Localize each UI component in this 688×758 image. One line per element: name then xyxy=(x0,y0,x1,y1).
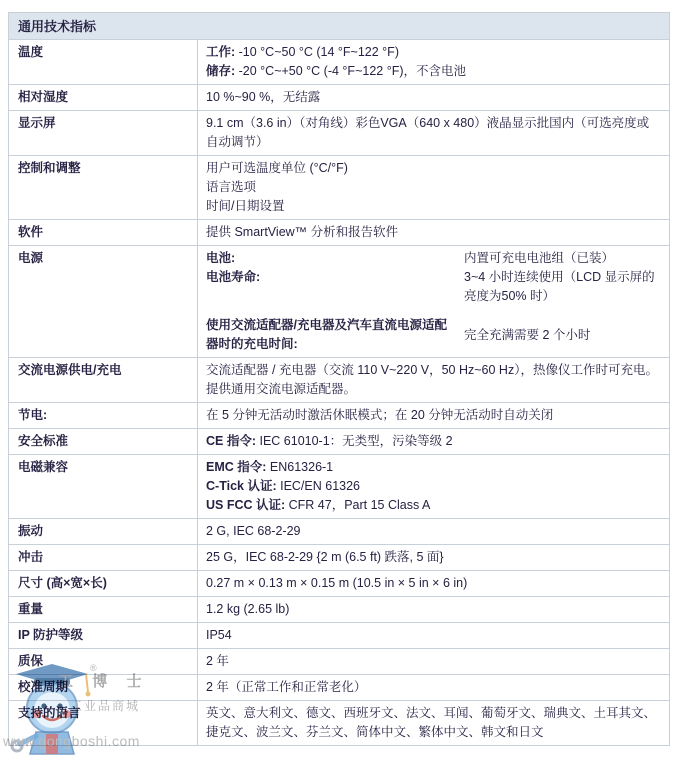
power-value: 内置可充电电池组（已装） xyxy=(464,249,659,268)
power-key: 电池寿命: xyxy=(206,268,456,306)
table-row-languages: 支持的语言 英文、意大利文、德文、西班牙文、法文、耳闻、葡萄牙文、瑞典文、土耳其… xyxy=(9,701,669,745)
row-value: 2 年 xyxy=(198,649,669,674)
table-row-power: 电源 电池: 内置可充电电池组（已装） 电池寿命: 3~4 小时连续使用（LCD… xyxy=(9,246,669,358)
row-label: 校准周期 xyxy=(9,675,198,700)
table-row-temperature: 温度 工作: -10 °C~50 °C (14 °F~122 °F) 储存: -… xyxy=(9,40,669,85)
table-row-emc: 电磁兼容 EMC 指令: EN61326-1 C-Tick 认证: IEC/EN… xyxy=(9,455,669,519)
table-row-dimensions: 尺寸 (高×宽×长) 0.27 m × 0.13 m × 0.15 m (10.… xyxy=(9,571,669,597)
row-value: 2 年（正常工作和正常老化） xyxy=(198,675,669,700)
row-label: 显示屏 xyxy=(9,111,198,155)
row-value: 英文、意大利文、德文、西班牙文、法文、耳闻、葡萄牙文、瑞典文、土耳其文、捷克文、… xyxy=(198,701,669,745)
row-value: 用户可选温度单位 (°C/°F) 语言选项 时间/日期设置 xyxy=(198,156,669,219)
row-label: 电磁兼容 xyxy=(9,455,198,518)
row-value: 9.1 cm（3.6 in）（对角线）彩色VGA（640 x 480）液晶显示批… xyxy=(198,111,669,155)
row-label: 软件 xyxy=(9,220,198,245)
table-title: 通用技术指标 xyxy=(18,19,96,34)
row-value: 交流适配器 / 充电器（交流 110 V~220 V，50 Hz~60 Hz），… xyxy=(198,358,669,402)
row-label: 控制和调整 xyxy=(9,156,198,219)
row-label: 相对湿度 xyxy=(9,85,198,110)
row-label: 温度 xyxy=(9,40,198,84)
row-label: 振动 xyxy=(9,519,198,544)
table-row-weight: 重量 1.2 kg (2.65 lb) xyxy=(9,597,669,623)
row-value: 在 5 分钟无活动时激活休眠模式；在 20 分钟无活动时自动关闭 xyxy=(198,403,669,428)
table-row-calibration: 校准周期 2 年（正常工作和正常老化） xyxy=(9,675,669,701)
spec-table: 通用技术指标 温度 工作: -10 °C~50 °C (14 °F~122 °F… xyxy=(8,12,670,746)
row-label: 交流电源供电/充电 xyxy=(9,358,198,402)
table-row-ip-rating: IP 防护等级 IP54 xyxy=(9,623,669,649)
table-row-ac-power: 交流电源供电/充电 交流适配器 / 充电器（交流 110 V~220 V，50 … xyxy=(9,358,669,403)
table-row-display: 显示屏 9.1 cm（3.6 in）（对角线）彩色VGA（640 x 480）液… xyxy=(9,111,669,156)
table-row-warranty: 质保 2 年 xyxy=(9,649,669,675)
table-row-software: 软件 提供 SmartView™ 分析和报告软件 xyxy=(9,220,669,246)
row-label: 支持的语言 xyxy=(9,701,198,745)
table-row-power-saving: 节电: 在 5 分钟无活动时激活休眠模式；在 20 分钟无活动时自动关闭 xyxy=(9,403,669,429)
power-key: 电池: xyxy=(206,249,456,268)
row-label: 冲击 xyxy=(9,545,198,570)
power-key: 使用交流适配器/充电器及汽车直流电源适配器时的充电时间: xyxy=(206,316,456,354)
row-value: 电池: 内置可充电电池组（已装） 电池寿命: 3~4 小时连续使用（LCD 显示… xyxy=(198,246,669,357)
table-row-humidity: 相对湿度 10 %~90 %，无结露 xyxy=(9,85,669,111)
row-value: CE 指令: IEC 61010-1：无类型，污染等级 2 xyxy=(198,429,669,454)
row-label: 安全标准 xyxy=(9,429,198,454)
row-value: 0.27 m × 0.13 m × 0.15 m (10.5 in × 5 in… xyxy=(198,571,669,596)
row-value: 25 G，IEC 68-2-29 {2 m (6.5 ft) 跌落, 5 面} xyxy=(198,545,669,570)
row-value: 2 G, IEC 68-2-29 xyxy=(198,519,669,544)
row-value: 工作: -10 °C~50 °C (14 °F~122 °F) 储存: -20 … xyxy=(198,40,669,84)
row-value: 提供 SmartView™ 分析和报告软件 xyxy=(198,220,669,245)
row-label: 节电: xyxy=(9,403,198,428)
row-label: 重量 xyxy=(9,597,198,622)
table-row-vibration: 振动 2 G, IEC 68-2-29 xyxy=(9,519,669,545)
row-label: 尺寸 (高×宽×长) xyxy=(9,571,198,596)
table-row-shock: 冲击 25 G，IEC 68-2-29 {2 m (6.5 ft) 跌落, 5 … xyxy=(9,545,669,571)
table-row-safety: 安全标准 CE 指令: IEC 61010-1：无类型，污染等级 2 xyxy=(9,429,669,455)
row-value: EMC 指令: EN61326-1 C-Tick 认证: IEC/EN 6132… xyxy=(198,455,669,518)
power-value: 3~4 小时连续使用（LCD 显示屏的亮度为50% 时） xyxy=(464,268,659,306)
row-value: 10 %~90 %，无结露 xyxy=(198,85,669,110)
table-header: 通用技术指标 xyxy=(9,13,669,40)
row-value: 1.2 kg (2.65 lb) xyxy=(198,597,669,622)
table-row-controls: 控制和调整 用户可选温度单位 (°C/°F) 语言选项 时间/日期设置 xyxy=(9,156,669,220)
row-value: IP54 xyxy=(198,623,669,648)
row-label: 电源 xyxy=(9,246,198,357)
power-subtable: 电池: 内置可充电电池组（已装） 电池寿命: 3~4 小时连续使用（LCD 显示… xyxy=(206,249,659,354)
row-label: IP 防护等级 xyxy=(9,623,198,648)
row-label: 质保 xyxy=(9,649,198,674)
power-value: 完全充满需要 2 个小时 xyxy=(464,326,659,345)
